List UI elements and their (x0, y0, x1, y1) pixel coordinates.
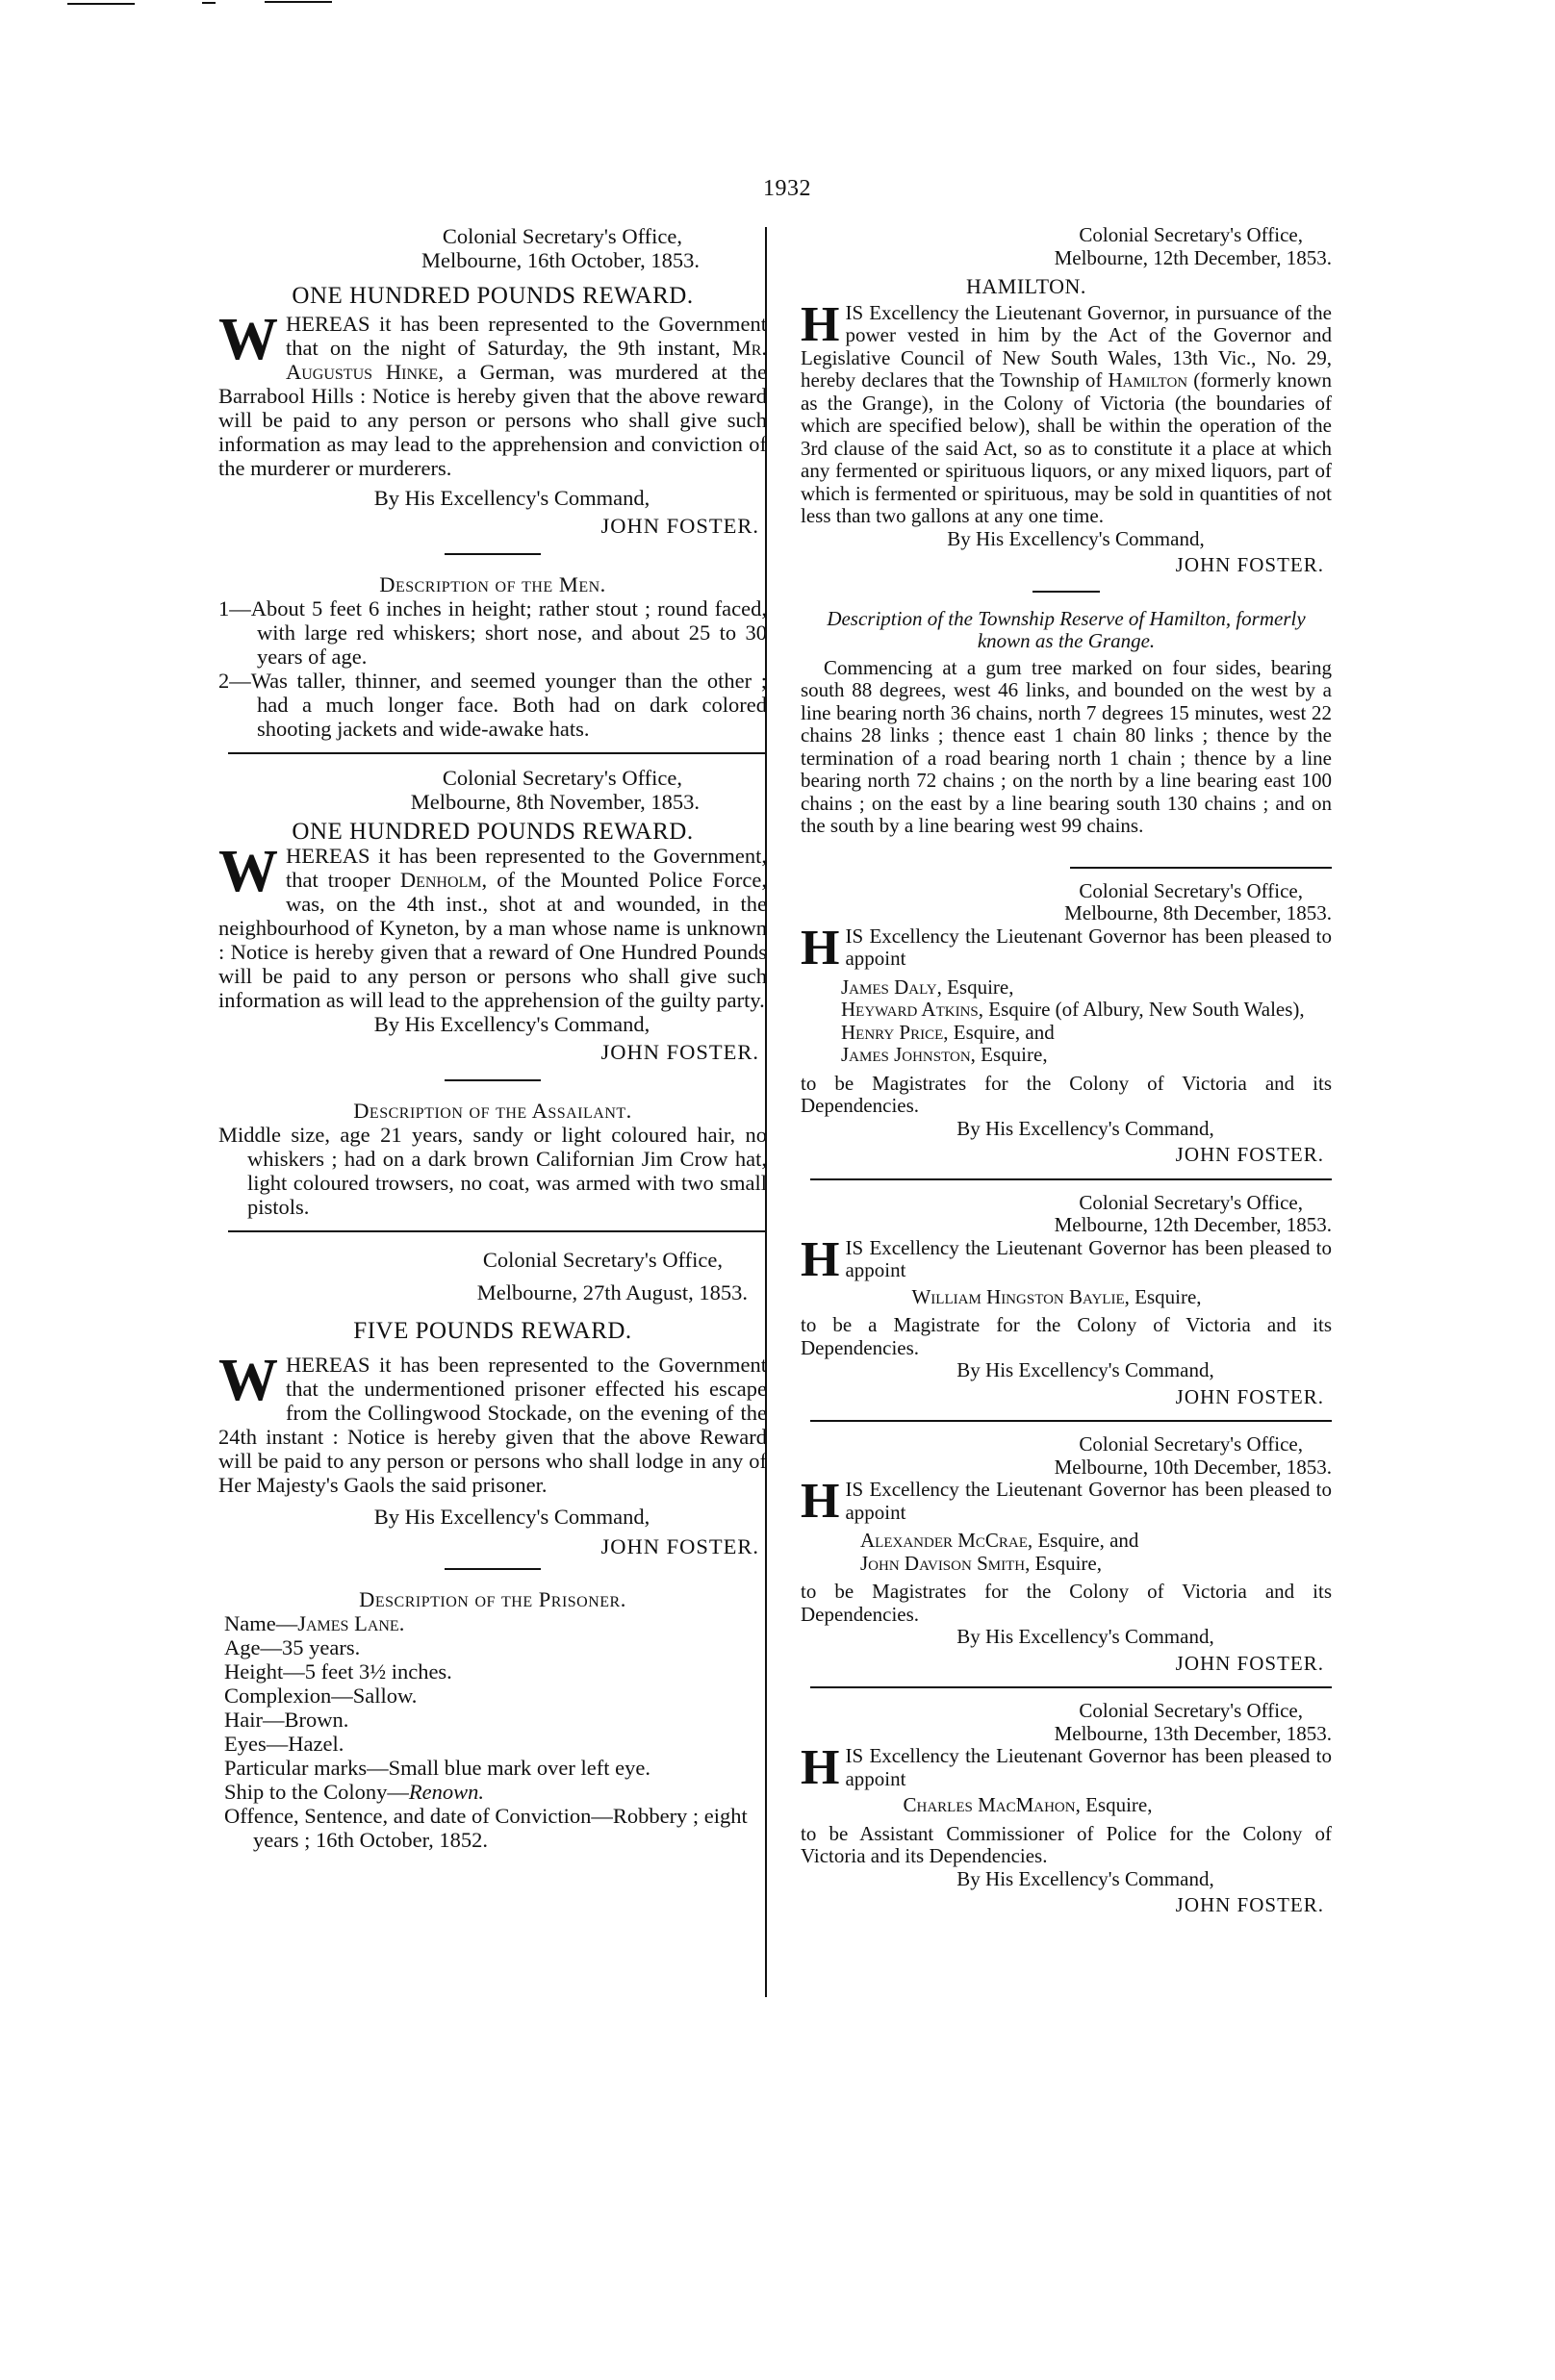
office-heading: Colonial Secretary's Office, Melbourne, … (218, 224, 767, 272)
notice-hamilton-township: Colonial Secretary's Office, Melbourne, … (801, 224, 1332, 838)
office-line: Colonial Secretary's Office, (801, 880, 1332, 903)
office-line: Colonial Secretary's Office, (218, 766, 700, 790)
office-heading: Colonial Secretary's Office, Melbourne, … (801, 880, 1332, 925)
prisoner-age: Age—35 years. (224, 1635, 767, 1659)
dropcap: W (218, 314, 278, 364)
dropcap: H (801, 1745, 839, 1789)
closing-text: to be Magistrates for the Colony of Vict… (801, 1073, 1332, 1118)
notice-title: FIVE POUNDS REWARD. (218, 1319, 767, 1343)
command-line: By His Excellency's Command, (218, 1012, 767, 1036)
signature: JOHN FOSTER. (218, 514, 767, 538)
short-rule (445, 553, 541, 555)
section-rule (810, 1686, 1332, 1688)
signature: JOHN FOSTER. (801, 554, 1332, 577)
prisoner-marks: Particular marks—Small blue mark over le… (224, 1756, 767, 1780)
prisoner-hair: Hair—Brown. (224, 1708, 767, 1732)
office-heading: Colonial Secretary's Office, Melbourne, … (801, 1433, 1332, 1479)
closing-text: to be Assistant Commissioner of Police f… (801, 1823, 1332, 1868)
office-line: Colonial Secretary's Office, (801, 1700, 1332, 1723)
notice-title: ONE HUNDRED POUNDS REWARD. (218, 820, 767, 844)
scan-edge-mark (202, 2, 216, 4)
page-number: 1932 (0, 176, 1555, 202)
dropcap: H (801, 302, 839, 346)
signature: JOHN FOSTER. (801, 1386, 1332, 1409)
notice-denholm-reward: Colonial Secretary's Office, Melbourne, … (218, 766, 767, 1219)
notice-body: WHEREAS it has been represented to the G… (218, 1353, 767, 1497)
office-line: Colonial Secretary's Office, (218, 224, 700, 248)
section-rule (228, 1230, 767, 1232)
appointee: William Hingston Baylie, Esquire, (801, 1286, 1332, 1309)
prisoner-name: Name—James Lane. (224, 1611, 767, 1635)
signature: JOHN FOSTER. (801, 1653, 1332, 1676)
signature: JOHN FOSTER. (218, 1534, 767, 1558)
dropcap: H (801, 925, 839, 970)
notice-magistrate-dec12: Colonial Secretary's Office, Melbourne, … (801, 1192, 1332, 1409)
trooper-name: Denholm, (400, 868, 487, 892)
dropcap: W (218, 846, 278, 896)
short-rule (445, 1079, 541, 1081)
section-rule (1070, 867, 1332, 869)
closing-text: to be Magistrates for the Colony of Vict… (801, 1581, 1332, 1626)
notice-escaped-prisoner: Colonial Secretary's Office, Melbourne, … (218, 1244, 767, 1852)
notice-body: HIS Excellency the Lieutenant Governor h… (801, 925, 1332, 971)
prisoner-height: Height—5 feet 3½ inches. (224, 1659, 767, 1684)
appointee: Henry Price, Esquire, and (841, 1022, 1332, 1045)
signature: JOHN FOSTER. (801, 1894, 1332, 1917)
date-line: Melbourne, 8th November, 1853. (218, 790, 700, 814)
office-line: Colonial Secretary's Office, (218, 1244, 748, 1277)
short-rule (445, 1568, 541, 1570)
description-heading: Description of the Township Reserve of H… (801, 608, 1332, 653)
office-line: Colonial Secretary's Office, (801, 1433, 1332, 1456)
description-heading: Description of the Prisoner. (218, 1587, 767, 1611)
prisoner-eyes: Eyes—Hazel. (224, 1732, 767, 1756)
description-heading: Description of the Assailant. (218, 1099, 767, 1123)
date-line: Melbourne, 27th August, 1853. (218, 1277, 748, 1309)
date-line: Melbourne, 16th October, 1853. (218, 248, 700, 272)
date-line: Melbourne, 12th December, 1853. (801, 247, 1332, 270)
appointee: Charles MacMahon, Esquire, (801, 1794, 1332, 1817)
notice-body: WHEREAS it has been represented to the G… (218, 312, 767, 480)
signature: JOHN FOSTER. (801, 1144, 1332, 1167)
office-line: Colonial Secretary's Office, (801, 224, 1332, 247)
section-rule (810, 1420, 1332, 1422)
right-column: Colonial Secretary's Office, Melbourne, … (801, 224, 1332, 1917)
notice-magistrates-dec8: Colonial Secretary's Office, Melbourne, … (801, 880, 1332, 1167)
description-text: Middle size, age 21 years, sandy or ligh… (218, 1123, 767, 1219)
date-line: Melbourne, 12th December, 1853. (801, 1214, 1332, 1237)
date-line: Melbourne, 8th December, 1853. (801, 902, 1332, 925)
dropcap: H (801, 1237, 839, 1281)
township-name: Hamilton (1108, 368, 1187, 392)
signature: JOHN FOSTER. (218, 1040, 767, 1064)
section-rule (810, 1178, 1332, 1180)
prisoner-complexion: Complexion—Sallow. (224, 1684, 767, 1708)
command-line: By His Excellency's Command, (801, 1118, 1332, 1141)
notice-body: HIS Excellency the Lieutenant Governor h… (801, 1237, 1332, 1282)
short-rule (1032, 591, 1100, 593)
office-heading: Colonial Secretary's Office, Melbourne, … (801, 1192, 1332, 1237)
appointee: Alexander McCrae, Esquire, and (860, 1530, 1332, 1553)
description-item: 2—Was taller, thinner, and seemed younge… (218, 669, 767, 741)
appointee-list: Alexander McCrae, Esquire, and John Davi… (801, 1530, 1332, 1575)
description-heading: Description of the Men. (218, 572, 767, 596)
office-heading: Colonial Secretary's Office, Melbourne, … (218, 1244, 767, 1309)
section-rule (228, 752, 767, 754)
command-line: By His Excellency's Command, (801, 528, 1332, 551)
office-heading: Colonial Secretary's Office, Melbourne, … (801, 224, 1332, 269)
left-column: Colonial Secretary's Office, Melbourne, … (218, 224, 767, 1852)
dropcap: H (801, 1479, 839, 1523)
notice-hinke-reward: Colonial Secretary's Office, Melbourne, … (218, 224, 767, 741)
command-line: By His Excellency's Command, (218, 1505, 767, 1529)
notice-magistrates-dec10: Colonial Secretary's Office, Melbourne, … (801, 1433, 1332, 1675)
office-line: Colonial Secretary's Office, (801, 1192, 1332, 1215)
command-line: By His Excellency's Command, (801, 1626, 1332, 1649)
appointee: Heyward Atkins, Esquire (of Albury, New … (841, 999, 1332, 1022)
notice-body: HIS Excellency the Lieutenant Governor h… (801, 1745, 1332, 1790)
prisoner-ship: Ship to the Colony—Renown. (224, 1780, 767, 1804)
command-line: By His Excellency's Command, (218, 486, 767, 510)
description-item: 1—About 5 feet 6 inches in height; rathe… (218, 596, 767, 669)
date-line: Melbourne, 13th December, 1853. (801, 1723, 1332, 1746)
appointee: James Johnston, Esquire, (841, 1044, 1332, 1067)
command-line: By His Excellency's Command, (801, 1359, 1332, 1382)
office-heading: Colonial Secretary's Office, Melbourne, … (218, 766, 767, 814)
scan-edge-mark (67, 3, 135, 5)
command-line: By His Excellency's Command, (801, 1868, 1332, 1891)
notice-body: WHEREAS it has been represented to the G… (218, 844, 767, 1012)
description-text: Commencing at a gum tree marked on four … (801, 657, 1332, 838)
office-heading: Colonial Secretary's Office, Melbourne, … (801, 1700, 1332, 1745)
dropcap: W (218, 1355, 278, 1405)
notice-body: HIS Excellency the Lieutenant Governor h… (801, 1479, 1332, 1524)
scan-edge-mark (265, 1, 332, 3)
closing-text: to be a Magistrate for the Colony of Vic… (801, 1314, 1332, 1359)
notice-title: HAMILTON. (801, 275, 1332, 298)
appointee-list: James Daly, Esquire, Heyward Atkins, Esq… (801, 976, 1332, 1067)
prisoner-offence: Offence, Sentence, and date of Convictio… (224, 1804, 767, 1852)
notice-body: HIS Excellency the Lieutenant Governor, … (801, 302, 1332, 528)
notice-title: ONE HUNDRED POUNDS REWARD. (218, 284, 767, 308)
notice-police-commissioner: Colonial Secretary's Office, Melbourne, … (801, 1700, 1332, 1917)
appointee: John Davison Smith, Esquire, (860, 1553, 1332, 1576)
prisoner-details: Name—James Lane. Age—35 years. Height—5 … (218, 1611, 767, 1852)
date-line: Melbourne, 10th December, 1853. (801, 1456, 1332, 1480)
appointee: James Daly, Esquire, (841, 976, 1332, 1000)
